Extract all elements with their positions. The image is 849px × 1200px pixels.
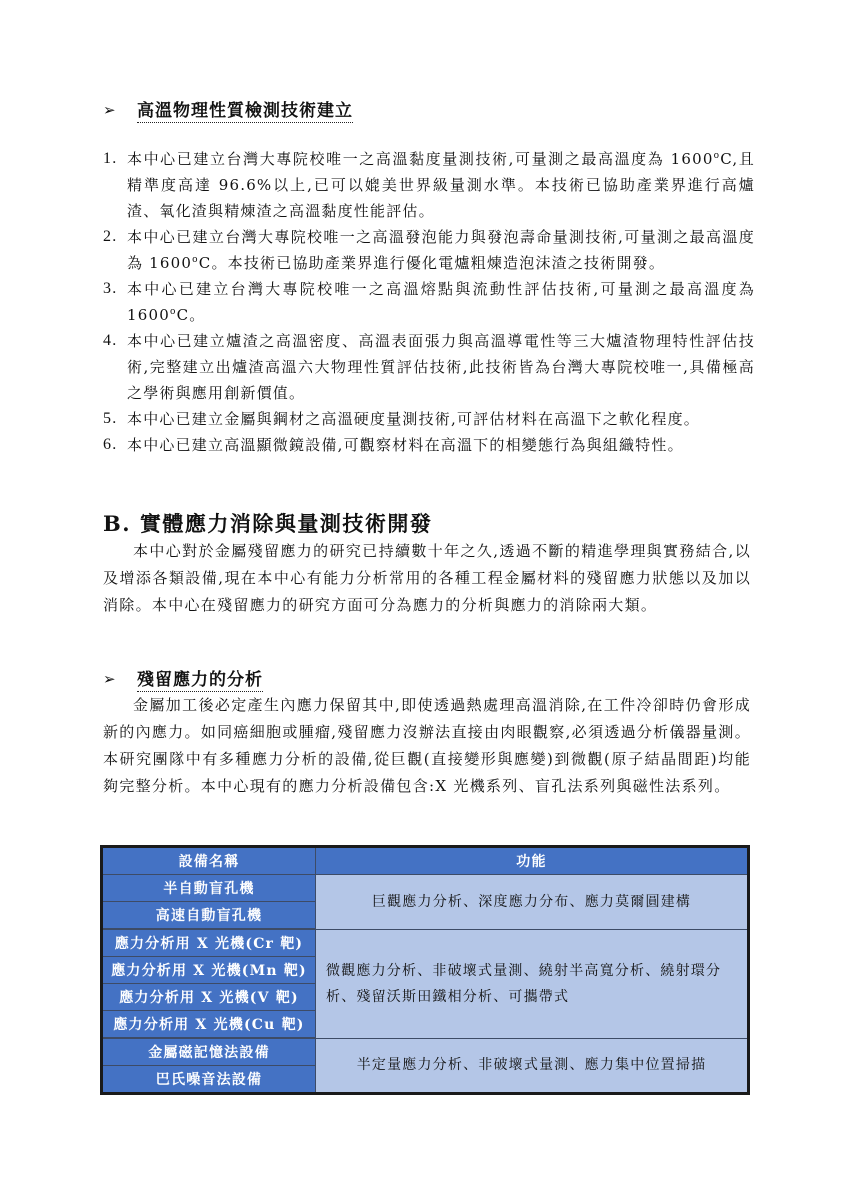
list-number: 2. [103, 224, 127, 276]
list-number: 1. [103, 146, 127, 224]
section-b-heading: B. 實體應力消除與量測技術開發 [103, 508, 432, 538]
list-number: 4. [103, 328, 127, 406]
equipment-name: 金屬磁記憶法設備 [102, 1038, 316, 1066]
list-item: 1. 本中心已建立台灣大專院校唯一之高溫黏度量測技術,可量測之最高溫度為 160… [103, 146, 755, 224]
list-text: 本中心已建立台灣大專院校唯一之高溫熔點與流動性評估技術,可量測之最高溫度為 16… [127, 276, 755, 328]
subheading-title: 高溫物理性質檢測技術建立 [137, 96, 353, 123]
list-text: 本中心已建立高溫顯微鏡設備,可觀察材料在高溫下的相變態行為與組織特性。 [127, 432, 755, 458]
header-equipment-name: 設備名稱 [102, 847, 316, 875]
equipment-name: 巴氏噪音法設備 [102, 1066, 316, 1094]
arrow-bullet-icon: ➢ [103, 670, 137, 688]
subheading-high-temp-properties: ➢ 高溫物理性質檢測技術建立 [103, 96, 353, 123]
equipment-name: 應力分析用 X 光機(Mn 靶) [102, 957, 316, 984]
equipment-name: 應力分析用 X 光機(Cu 靶) [102, 1011, 316, 1039]
list-number: 6. [103, 432, 127, 458]
high-temp-technique-list: 1. 本中心已建立台灣大專院校唯一之高溫黏度量測技術,可量測之最高溫度為 160… [103, 146, 755, 458]
equipment-name: 應力分析用 X 光機(V 靶) [102, 984, 316, 1011]
header-function: 功能 [316, 847, 749, 875]
list-text: 本中心已建立金屬與鋼材之高溫硬度量測技術,可評估材料在高溫下之軟化程度。 [127, 406, 755, 432]
list-text: 本中心已建立爐渣之高溫密度、高溫表面張力與高溫導電性等三大爐渣物理特性評估技術,… [127, 328, 755, 406]
list-number: 5. [103, 406, 127, 432]
table-row: 半自動盲孔機 巨觀應力分析、深度應力分布、應力莫爾圓建構 [102, 875, 749, 902]
equipment-name: 半自動盲孔機 [102, 875, 316, 902]
subheading-title: 殘留應力的分析 [137, 665, 263, 692]
list-text: 本中心已建立台灣大專院校唯一之高溫發泡能力與發泡壽命量測技術,可量測之最高溫度為… [127, 224, 755, 276]
equipment-name: 應力分析用 X 光機(Cr 靶) [102, 929, 316, 957]
list-item: 4. 本中心已建立爐渣之高溫密度、高溫表面張力與高溫導電性等三大爐渣物理特性評估… [103, 328, 755, 406]
list-text: 本中心已建立台灣大專院校唯一之高溫黏度量測技術,可量測之最高溫度為 1600oC… [127, 146, 755, 224]
table-header-row: 設備名稱 功能 [102, 847, 749, 875]
list-item: 6. 本中心已建立高溫顯微鏡設備,可觀察材料在高溫下的相變態行為與組織特性。 [103, 432, 755, 458]
equipment-table: 設備名稱 功能 半自動盲孔機 巨觀應力分析、深度應力分布、應力莫爾圓建構 高速自… [100, 845, 750, 1095]
list-number: 3. [103, 276, 127, 328]
equipment-function: 微觀應力分析、非破壞式量測、繞射半高寬分析、繞射環分析、殘留沃斯田鐵相分析、可攜… [316, 929, 749, 1038]
arrow-bullet-icon: ➢ [103, 101, 137, 119]
residual-stress-body: 金屬加工後必定產生內應力保留其中,即使透過熱處理高溫消除,在工件冷卻時仍會形成新… [103, 692, 751, 800]
table-row: 應力分析用 X 光機(Cr 靶) 微觀應力分析、非破壞式量測、繞射半高寬分析、繞… [102, 929, 749, 957]
list-item: 3. 本中心已建立台灣大專院校唯一之高溫熔點與流動性評估技術,可量測之最高溫度為… [103, 276, 755, 328]
equipment-name: 高速自動盲孔機 [102, 902, 316, 930]
section-b-intro: 本中心對於金屬殘留應力的研究已持續數十年之久,透過不斷的精進學理與實務結合,以及… [103, 538, 751, 619]
subheading-residual-stress: ➢ 殘留應力的分析 [103, 665, 263, 692]
equipment-function: 巨觀應力分析、深度應力分布、應力莫爾圓建構 [316, 875, 749, 930]
table-row: 金屬磁記憶法設備 半定量應力分析、非破壞式量測、應力集中位置掃描 [102, 1038, 749, 1066]
document-page: ➢ 高溫物理性質檢測技術建立 1. 本中心已建立台灣大專院校唯一之高溫黏度量測技… [0, 0, 849, 1200]
list-item: 2. 本中心已建立台灣大專院校唯一之高溫發泡能力與發泡壽命量測技術,可量測之最高… [103, 224, 755, 276]
equipment-function: 半定量應力分析、非破壞式量測、應力集中位置掃描 [316, 1038, 749, 1094]
list-item: 5. 本中心已建立金屬與鋼材之高溫硬度量測技術,可評估材料在高溫下之軟化程度。 [103, 406, 755, 432]
